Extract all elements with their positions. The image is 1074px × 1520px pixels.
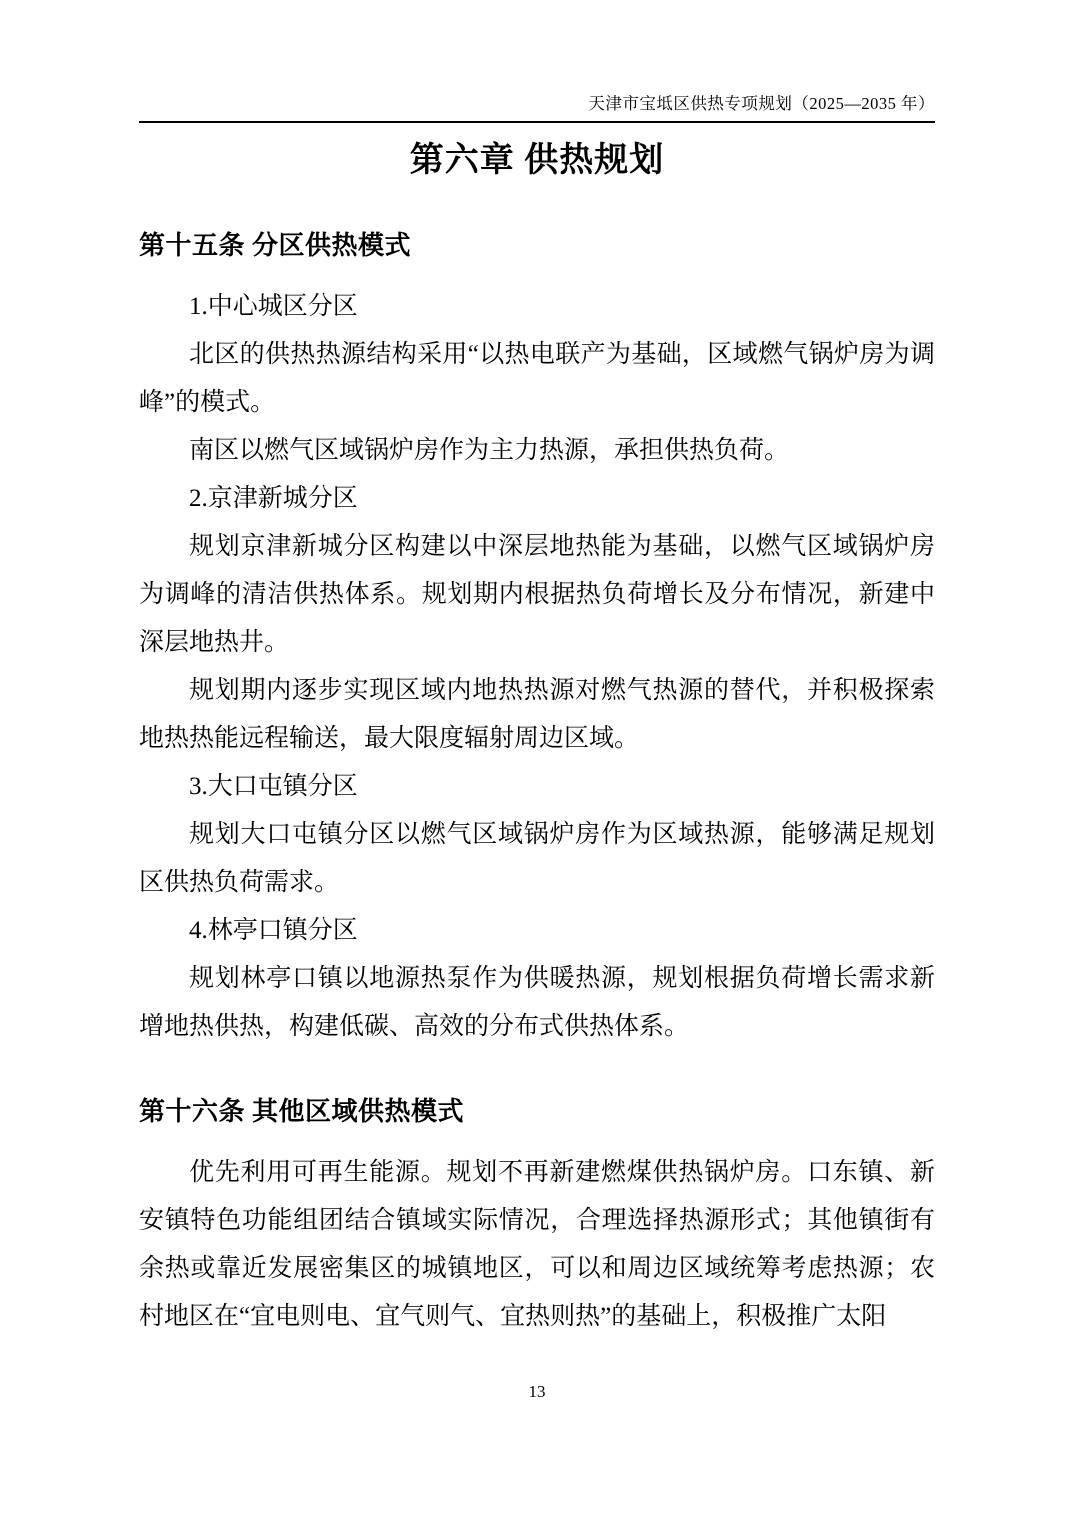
section-heading-article-16: 第十六条 其他区域供热模式 <box>139 1095 935 1129</box>
paragraph-south-district: 南区以燃气区域锅炉房作为主力热源，承担供热负荷。 <box>139 427 935 475</box>
paragraph-dakoutun: 规划大口屯镇分区以燃气区域锅炉房作为区域热源，能够满足规划区供热负荷需求。 <box>139 811 935 907</box>
paragraph-subitem-3: 3.大口屯镇分区 <box>139 763 935 811</box>
chapter-title: 第六章 供热规划 <box>139 141 935 181</box>
section-heading-article-15: 第十五条 分区供热模式 <box>139 229 935 263</box>
paragraph-subitem-1: 1.中心城区分区 <box>139 283 935 331</box>
paragraph-geothermal-replacement: 规划期内逐步实现区域内地热热源对燃气热源的替代，并积极探索地热热能远程输送，最大… <box>139 667 935 763</box>
paragraph-jingjin-newtown: 规划京津新城分区构建以中深层地热能为基础，以燃气区域锅炉房为调峰的清洁供热体系。… <box>139 523 935 667</box>
paragraph-subitem-4: 4.林亭口镇分区 <box>139 907 935 955</box>
paragraph-north-district: 北区的供热热源结构采用“以热电联产为基础，区域燃气锅炉房为调峰”的模式。 <box>139 331 935 427</box>
page-number: 13 <box>0 1382 1074 1402</box>
paragraph-other-areas: 优先利用可再生能源。规划不再新建燃煤供热锅炉房。口东镇、新安镇特色功能组团结合镇… <box>139 1149 935 1341</box>
document-header: 天津市宝坻区供热专项规划（2025—2035 年） <box>139 0 935 123</box>
paragraph-lintingkou: 规划林亭口镇以地源热泵作为供暖热源，规划根据负荷增长需求新增地热供热，构建低碳、… <box>139 955 935 1051</box>
document-page: 天津市宝坻区供热专项规划（2025—2035 年） 第六章 供热规划 第十五条 … <box>0 0 1074 1341</box>
paragraph-subitem-2: 2.京津新城分区 <box>139 475 935 523</box>
